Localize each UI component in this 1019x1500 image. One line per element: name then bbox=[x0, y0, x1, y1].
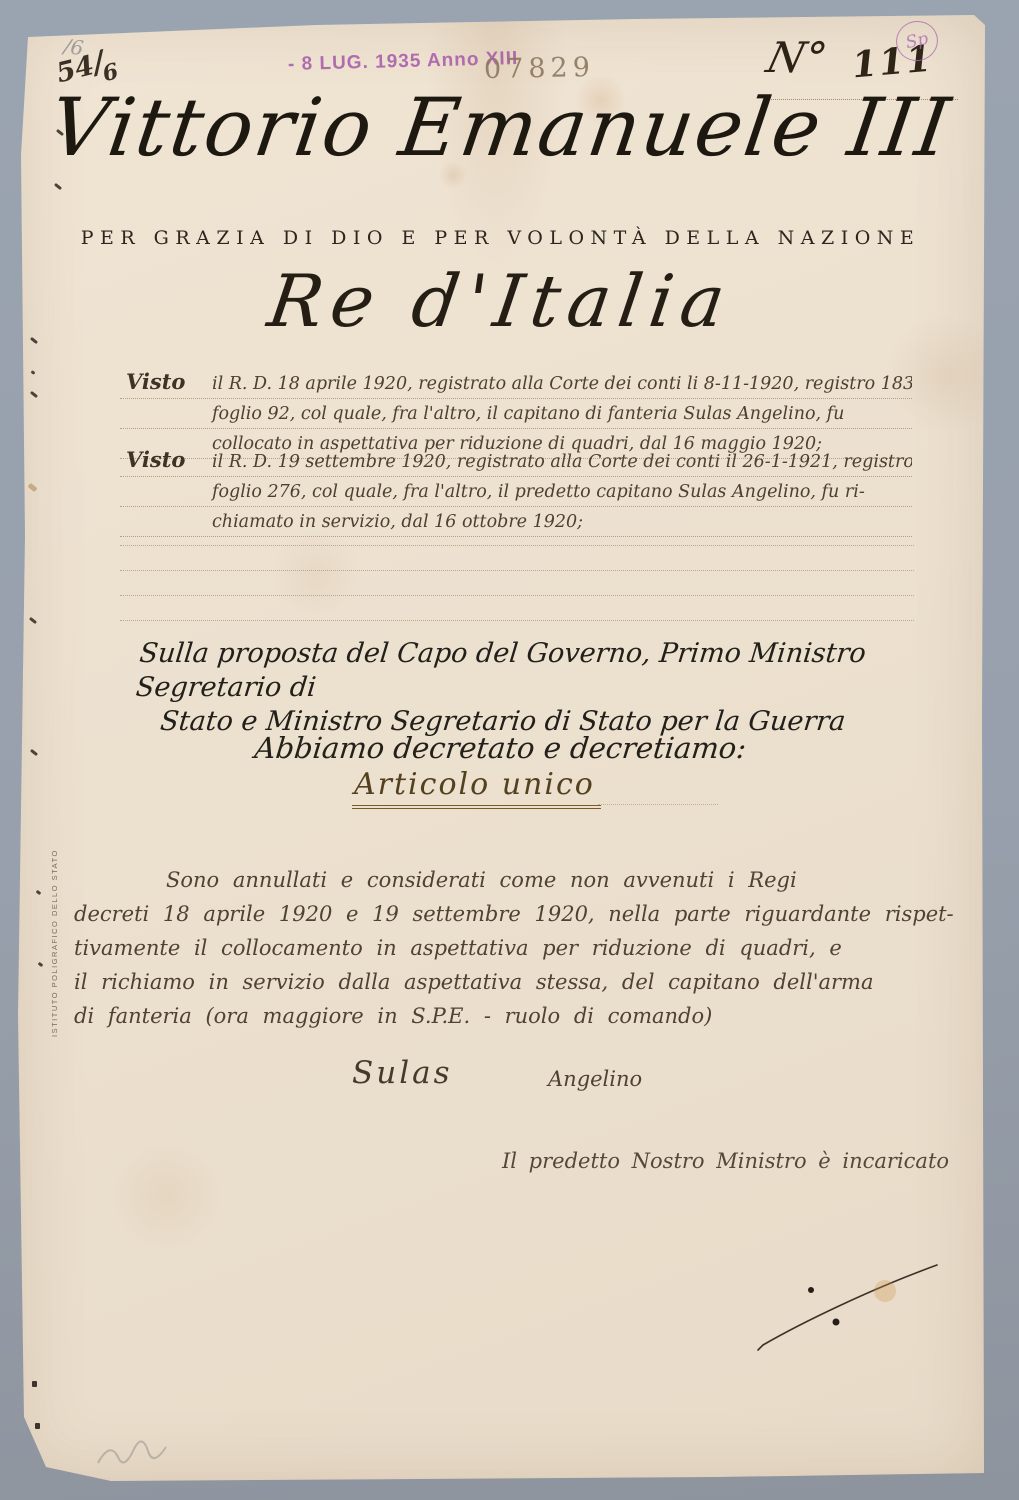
document-paper: /6 54/6 - 8 LUG. 1935 Anno XIII 07829 N°… bbox=[16, 15, 985, 1481]
body-line-5: di fanteria (ora maggiore in S.P.E. - ru… bbox=[74, 999, 958, 1033]
punch-hole bbox=[35, 1423, 40, 1429]
visto-2-line-2: foglio 276, col quale, fra l'altro, il p… bbox=[120, 477, 912, 507]
printer-imprint: ISTITUTO POLIGRAFICO DELLO STATO bbox=[50, 877, 59, 1037]
visto-label: Visto bbox=[126, 447, 185, 472]
article-heading-ruled-tail bbox=[598, 803, 718, 805]
scanned-royal-decree-page: { "colors": { "background": "#98a1ad", "… bbox=[0, 0, 1019, 1500]
ruled-line bbox=[120, 596, 914, 621]
round-stamp-text: Sp bbox=[904, 29, 930, 53]
ruled-line bbox=[120, 521, 914, 546]
body-line-3: tivamente il collocamento in aspettativa… bbox=[74, 931, 958, 965]
pen-flourish bbox=[751, 1255, 951, 1355]
stain-mark bbox=[27, 483, 37, 492]
closing-instruction: Il predetto Nostro Ministro è incaricato bbox=[502, 1149, 949, 1173]
body-line-4: il richiamo in servizio dalla aspettativ… bbox=[74, 965, 958, 999]
body-line-2: decreti 18 aprile 1920 e 19 settembre 19… bbox=[74, 897, 958, 931]
ruled-line bbox=[120, 571, 914, 596]
decree-body: Sono annullati e considerati come non av… bbox=[74, 863, 958, 1033]
ink-mark bbox=[31, 370, 36, 375]
ink-mark bbox=[29, 617, 37, 624]
king-name-title: Vittorio Emanuele III bbox=[9, 81, 991, 174]
decree-formula: Abbiamo decretato e decretiamo: bbox=[14, 731, 987, 765]
ruled-line bbox=[120, 546, 914, 571]
proposal-line-1: Sulla proposta del Capo del Governo, Pri… bbox=[134, 637, 941, 705]
officer-first-name: Angelino bbox=[548, 1067, 642, 1091]
ink-mark bbox=[36, 890, 42, 895]
pencil-scribble bbox=[88, 1423, 198, 1483]
ink-mark bbox=[38, 962, 44, 967]
punch-hole bbox=[32, 1381, 37, 1387]
realm-title: Re d'Italia bbox=[10, 259, 991, 343]
ink-mark bbox=[30, 391, 38, 398]
article-heading: Articolo unico bbox=[352, 767, 601, 809]
ink-dot bbox=[833, 1319, 840, 1326]
proposal-clause: Sulla proposta del Capo del Governo, Pri… bbox=[131, 637, 942, 738]
visto-1-line-1: il R. D. 18 aprile 1920, registrato alla… bbox=[120, 369, 912, 399]
registry-number-label: N° bbox=[762, 33, 832, 82]
visto-2-line-1: il R. D. 19 settembre 1920, registrato a… bbox=[120, 447, 912, 477]
stain-spot bbox=[874, 1280, 896, 1302]
officer-surname: Sulas bbox=[352, 1055, 453, 1091]
body-line-1: Sono annullati e considerati come non av… bbox=[74, 863, 958, 897]
ink-dot bbox=[808, 1287, 814, 1293]
empty-ruled-lines bbox=[120, 521, 914, 621]
visto-clause-1: Visto il R. D. 18 aprile 1920, registrat… bbox=[120, 369, 912, 459]
ink-mark bbox=[54, 183, 62, 190]
visto-1-line-2: foglio 92, col quale, fra l'altro, il ca… bbox=[120, 399, 912, 429]
visto-label: Visto bbox=[126, 369, 185, 394]
royal-motto: PER GRAZIA DI DIO E PER VOLONTÀ DELLA NA… bbox=[16, 227, 985, 249]
